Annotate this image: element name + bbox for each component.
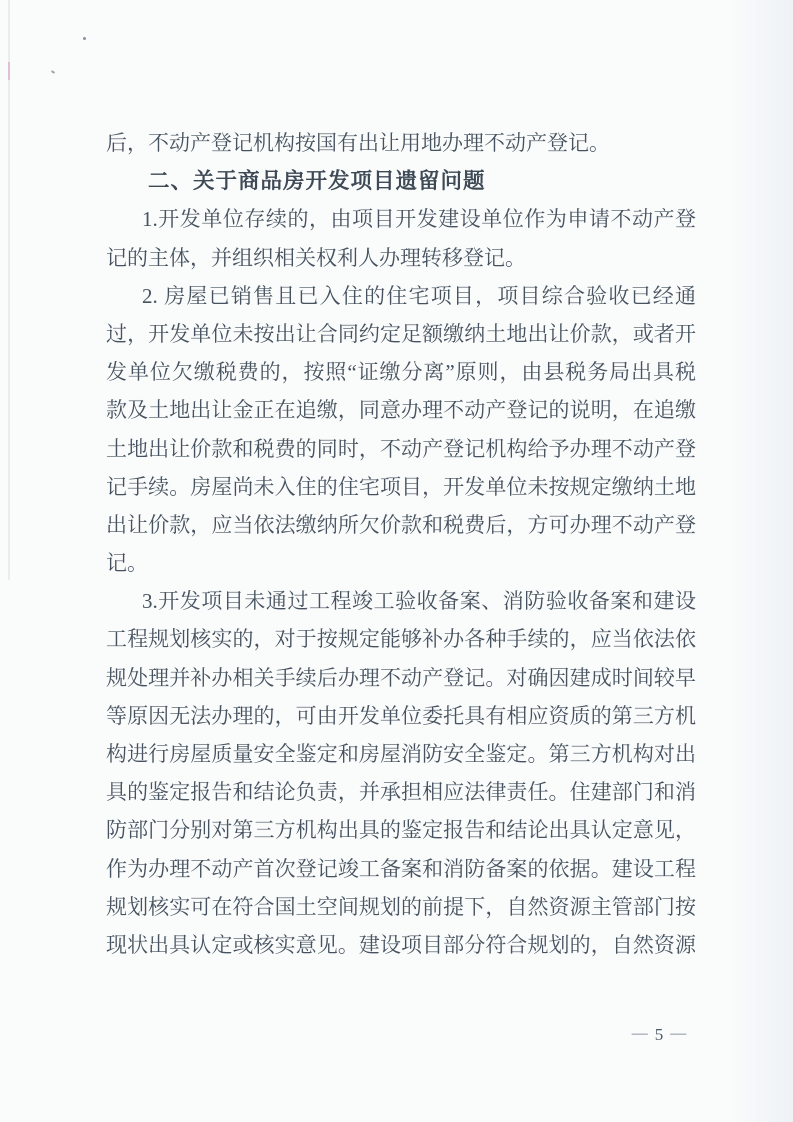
scan-speck: [51, 70, 55, 74]
text-line: 出让价款，应当依法缴纳所欠价款和税费后，方可办理不动产登: [106, 506, 696, 544]
text-line: 款及土地出让金正在追缴，同意办理不动产登记的说明，在追缴: [106, 391, 696, 429]
text-line: 记手续。房屋尚未入住的住宅项目，开发单位未按规定缴纳土地: [106, 468, 696, 506]
text-line: 规处理并补办相关手续后办理不动产登记。对确因建成时间较早: [106, 659, 696, 697]
text-line: 记的主体，并组织相关权利人办理转移登记。: [106, 239, 696, 277]
text-line: 2. 房屋已销售且已入住的住宅项目，项目综合验收已经通: [106, 277, 696, 315]
text-line: 过，开发单位未按出让合同约定足额缴纳土地出让价款，或者开: [106, 315, 696, 353]
page-number-left-dash: —: [632, 1025, 648, 1042]
text-line: 后，不动产登记机构按国有出让用地办理不动产登记。: [106, 124, 696, 162]
text-line: 构进行房屋质量安全鉴定和房屋消防安全鉴定。第三方机构对出: [106, 735, 696, 773]
text-line: 工程规划核实的，对于按规定能够补办各种手续的，应当依法依: [106, 620, 696, 658]
text-line: 3.开发项目未通过工程竣工验收备案、消防验收备案和建设: [106, 582, 696, 620]
scan-speck: [83, 37, 86, 40]
document-page: 后，不动产登记机构按国有出让用地办理不动产登记。 二、关于商品房开发项目遗留问题…: [0, 0, 793, 1122]
text-line: 防部门分别对第三方机构出具的鉴定报告和结论出具认定意见，: [106, 811, 696, 849]
text-line: 土地出让价款和税费的同时，不动产登记机构给予办理不动产登: [106, 430, 696, 468]
page-number-right-dash: —: [670, 1025, 686, 1042]
text-line: 具的鉴定报告和结论负责，并承担相应法律责任。住建部门和消: [106, 773, 696, 811]
scan-edge-artifact: [8, 0, 10, 580]
scan-edge-artifact-pink: [8, 62, 10, 80]
document-body: 后，不动产登记机构按国有出让用地办理不动产登记。 二、关于商品房开发项目遗留问题…: [106, 124, 696, 964]
page-number: —5—: [618, 1022, 700, 1048]
section-heading: 二、关于商品房开发项目遗留问题: [106, 162, 696, 200]
page-number-value: 5: [655, 1025, 664, 1044]
text-line: 规划核实可在符合国土空间规划的前提下，自然资源主管部门按: [106, 888, 696, 926]
text-line: 现状出具认定或核实意见。建设项目部分符合规划的，自然资源: [106, 926, 696, 964]
text-line: 等原因无法办理的，可由开发单位委托具有相应资质的第三方机: [106, 697, 696, 735]
text-line: 1.开发单位存续的，由项目开发建设单位作为申请不动产登: [106, 200, 696, 238]
text-line: 记。: [106, 544, 696, 582]
text-line: 发单位欠缴税费的，按照“证缴分离”原则，由县税务局出具税: [106, 353, 696, 391]
text-line: 作为办理不动产首次登记竣工备案和消防备案的依据。建设工程: [106, 850, 696, 888]
